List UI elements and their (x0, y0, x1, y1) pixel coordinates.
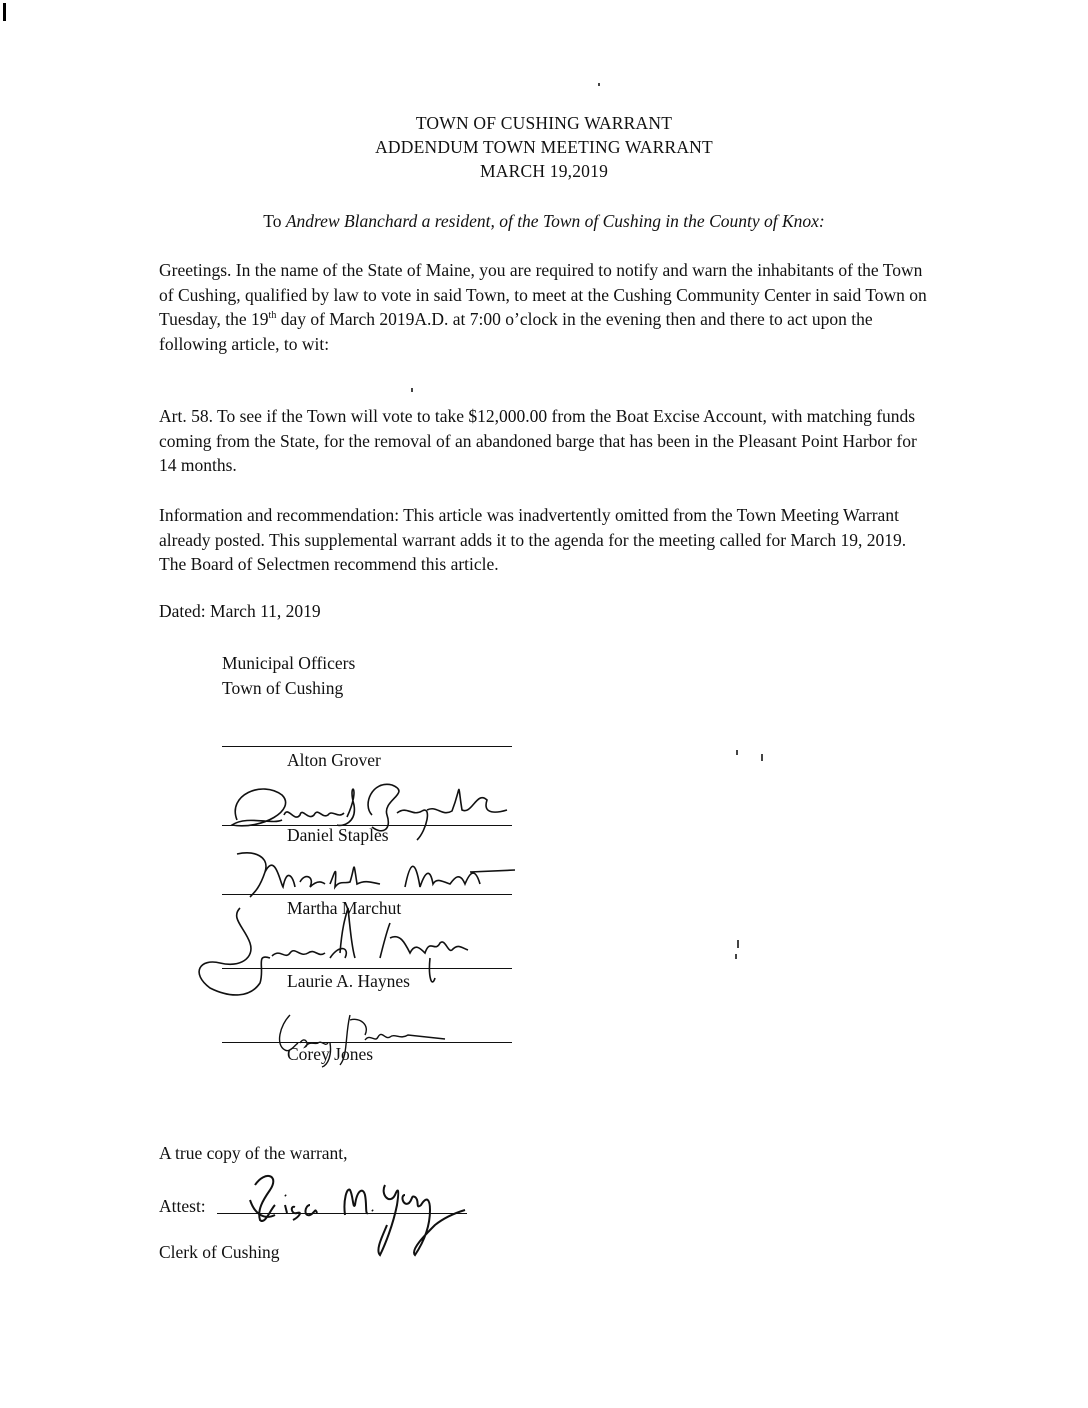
signatory-name: Corey Jones (287, 1044, 373, 1065)
officers-heading: Municipal Officers Town of Cushing (222, 651, 355, 701)
signatory-name: Alton Grover (287, 750, 381, 771)
article-paragraph: Art. 58. To see if the Town will vote to… (159, 404, 929, 478)
scan-speck (598, 83, 600, 86)
scan-speck (735, 954, 737, 959)
salutation: To Andrew Blanchard a resident, of the T… (0, 211, 1088, 232)
scan-speck (737, 940, 739, 948)
true-copy-text: A true copy of the warrant, (159, 1143, 348, 1164)
document-header: TOWN OF CUSHING WARRANT ADDENDUM TOWN ME… (0, 111, 1088, 183)
scan-mark (3, 3, 6, 21)
clerk-title: Clerk of Cushing (159, 1242, 280, 1263)
signatory-name: Laurie A. Haynes (287, 971, 410, 992)
officers-town: Town of Cushing (222, 676, 355, 701)
scan-speck (761, 754, 763, 761)
signature-martha-marchut (225, 842, 525, 902)
header-title: TOWN OF CUSHING WARRANT (0, 111, 1088, 135)
information-paragraph: Information and recommendation: This art… (159, 503, 929, 577)
scan-speck (736, 750, 738, 755)
signature-line (222, 1042, 512, 1043)
signature-line (222, 746, 512, 747)
attest-label: Attest: (159, 1196, 206, 1217)
salutation-text: Andrew Blanchard a resident, of the Town… (286, 211, 825, 231)
signature-line (222, 968, 512, 969)
salutation-prefix: To (263, 211, 286, 231)
dated-line: Dated: March 11, 2019 (159, 601, 321, 622)
officers-title: Municipal Officers (222, 651, 355, 676)
signatory-name: Martha Marchut (287, 898, 401, 919)
header-date: MARCH 19,2019 (0, 159, 1088, 183)
header-subtitle: ADDENDUM TOWN MEETING WARRANT (0, 135, 1088, 159)
signature-line (222, 894, 512, 895)
attest-signature-line (217, 1213, 467, 1214)
greeting-paragraph: Greetings. In the name of the State of M… (159, 258, 929, 356)
scan-speck (411, 388, 413, 392)
signatory-name: Daniel Staples (287, 825, 389, 846)
